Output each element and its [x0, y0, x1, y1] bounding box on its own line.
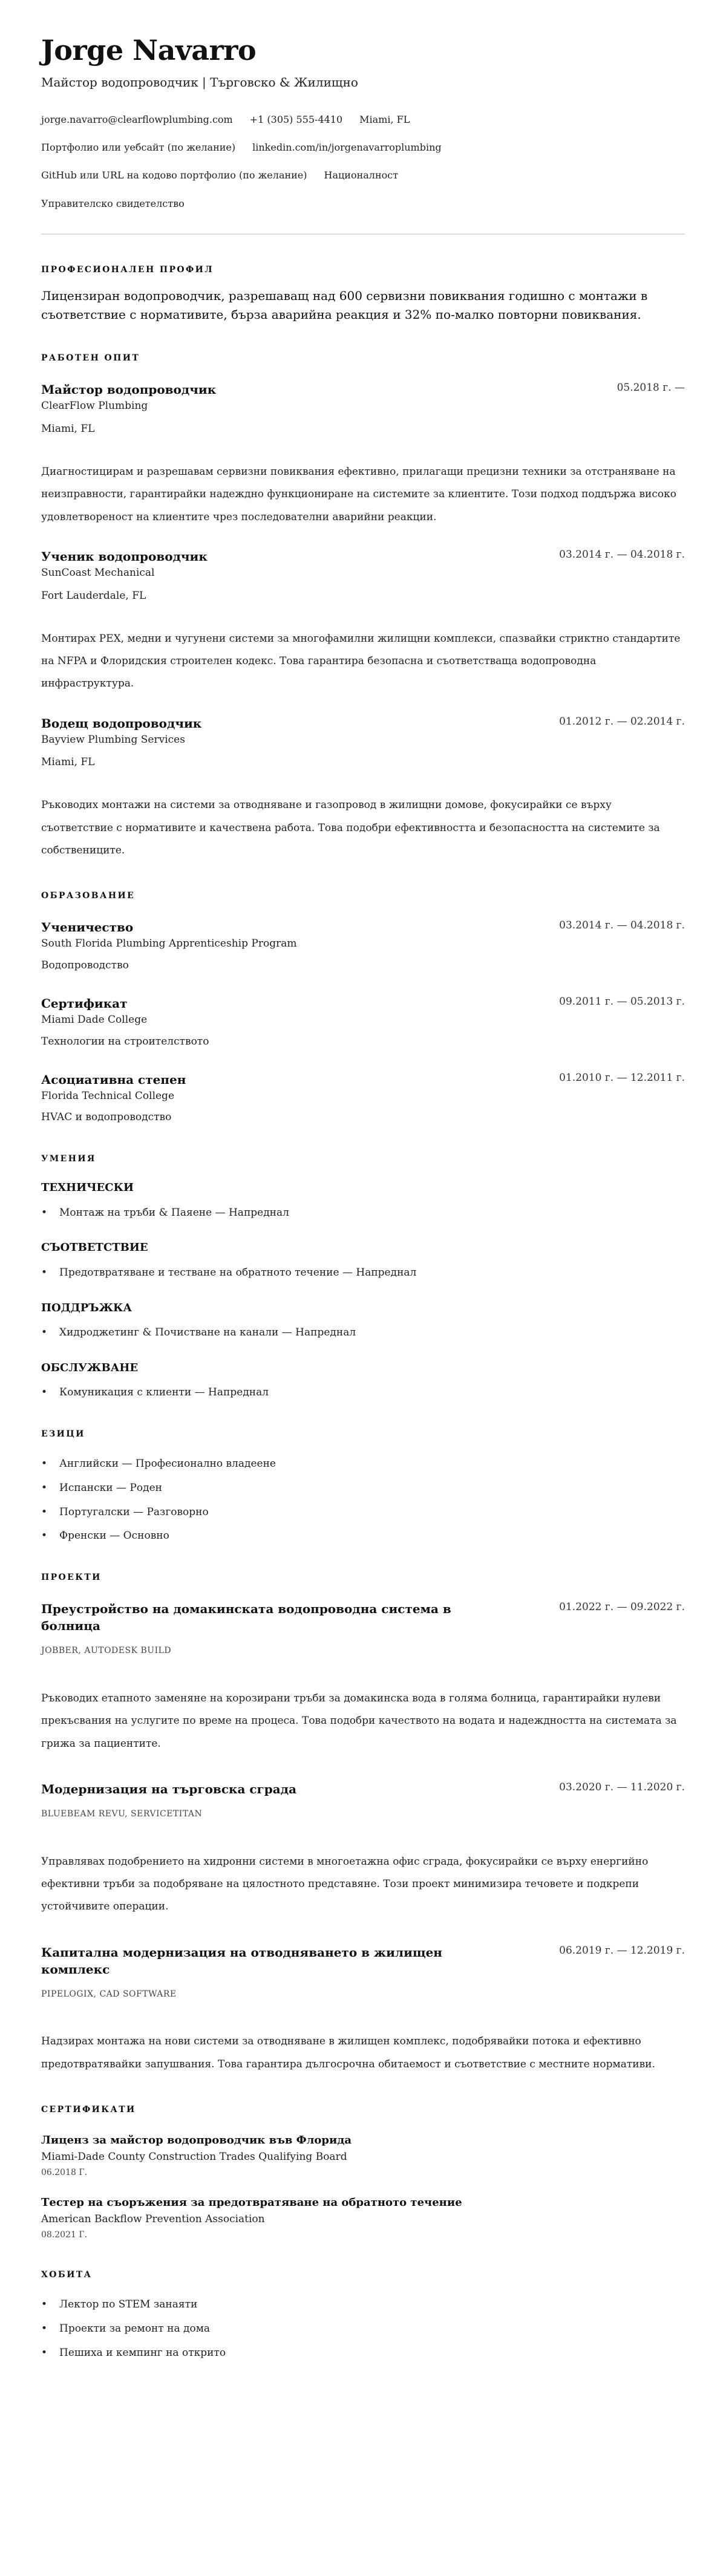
job-title: Водещ водопроводчик [41, 715, 201, 732]
job-location: Miami, FL [41, 422, 685, 437]
job-dates: 05.2018 г. — [611, 381, 685, 396]
contact-item: Miami, FL [359, 114, 410, 125]
language-item: Испански — Роден [41, 1481, 685, 1496]
job-description: Диагностицирам и разрешавам сервизни пов… [41, 461, 685, 529]
degree-title: Асоциативна степен [41, 1071, 186, 1088]
skill-list: Хидроджетинг & Почистване на канали — На… [41, 1326, 685, 1340]
language-item: Английски — Професионално владеене [41, 1457, 685, 1472]
project-description: Управлявах подобрението на хидронни сист… [41, 1851, 685, 1919]
skill-list: Предотвратяване и тестване на обратното … [41, 1266, 685, 1280]
skill-list: Комуникация с клиенти — Напреднал [41, 1386, 685, 1400]
skill-item: Монтаж на тръби & Паяене — Напреднал [41, 1206, 685, 1221]
entry-header: Ученик водопроводчик03.2014 г. — 04.2018… [41, 548, 685, 565]
certificate-title: Лиценз за майстор водопроводчик във Флор… [41, 2133, 685, 2148]
entry-header: Преустройство на домакинската водопровод… [41, 1600, 685, 1634]
section-heading-education: Образование [41, 891, 685, 901]
hobby-item: Проекти за ремонт на дома [41, 2322, 685, 2336]
project-title: Преустройство на домакинската водопровод… [41, 1600, 501, 1634]
skill-list: Монтаж на тръби & Паяене — Напреднал [41, 1206, 685, 1221]
project-tools: Jobber, Autodesk Build [41, 1645, 685, 1657]
education-entry: Ученичество03.2014 г. — 04.2018 г.South … [41, 919, 685, 973]
skills-section: Умения ТехническиМонтаж на тръби & Паяен… [41, 1154, 685, 1400]
projects-list: Преустройство на домакинската водопровод… [41, 1600, 685, 2076]
certificate-issuer: Miami-Dade County Construction Trades Qu… [41, 2150, 685, 2165]
contact-item: GitHub или URL на кодово портфолио (по ж… [41, 169, 307, 181]
job-description: Ръководих монтажи на системи за отводняв… [41, 794, 685, 862]
job-title: Ученик водопроводчик [41, 548, 208, 565]
education-list: Ученичество03.2014 г. — 04.2018 г.South … [41, 919, 685, 1125]
contact-item: jorge.navarro@clearflowplumbing.com [41, 114, 233, 125]
contact-item: Управителско свидетелство [41, 198, 185, 209]
contact-item: Националност [324, 169, 399, 181]
entry-header: Водещ водопроводчик01.2012 г. — 02.2014 … [41, 715, 685, 732]
language-item: Португалски — Разговорно [41, 1505, 685, 1520]
field-of-study: Водопроводство [41, 959, 685, 973]
section-heading-profile: Професионален профил [41, 265, 685, 275]
project-tools: Bluebeam Revu, ServiceTitan [41, 1808, 685, 1821]
experience-entry: Майстор водопроводчик05.2018 г. —ClearFl… [41, 381, 685, 529]
project-title: Капитална модернизация на отводняването … [41, 1944, 501, 1978]
hobby-item: Пешиха и кемпинг на открито [41, 2346, 685, 2361]
contact-item: Портфолио или уебсайт (по желание) [41, 142, 235, 153]
profile-summary: Лицензиран водопроводчик, разрешаващ над… [41, 287, 685, 324]
resume-header: Jorge Navarro Майстор водопроводчик | Тъ… [41, 35, 685, 210]
certificate-entry: Лиценз за майстор водопроводчик във Флор… [41, 2133, 685, 2179]
header-divider [41, 233, 685, 235]
section-heading-certificates: Сертификати [41, 2105, 685, 2115]
section-heading-experience: Работен опит [41, 353, 685, 363]
certificates-section: Сертификати Лиценз за майстор водопровод… [41, 2105, 685, 2241]
entry-header: Ученичество03.2014 г. — 04.2018 г. [41, 919, 685, 936]
skill-item: Комуникация с клиенти — Напреднал [41, 1386, 685, 1400]
profile-section: Професионален профил Лицензиран водопров… [41, 265, 685, 324]
company-name: Bayview Plumbing Services [41, 733, 685, 748]
project-description: Ръководих етапното заменяне на корозиран… [41, 1687, 685, 1755]
experience-section: Работен опит Майстор водопроводчик05.201… [41, 353, 685, 862]
hobbies-section: Хобита Лектор по STEM занаятиПроекти за … [41, 2270, 685, 2360]
education-dates: 01.2010 г. — 12.2011 г. [553, 1071, 685, 1086]
certificate-title: Тестер на съоръжения за предотвратяване … [41, 2195, 685, 2210]
school-name: South Florida Plumbing Apprenticeship Pr… [41, 937, 685, 951]
entry-header: Майстор водопроводчик05.2018 г. — [41, 381, 685, 398]
education-entry: Сертификат09.2011 г. — 05.2013 г.Miami D… [41, 995, 685, 1049]
section-heading-skills: Умения [41, 1154, 685, 1164]
contact-item: linkedin.com/in/jorgenavarroplumbing [252, 142, 441, 153]
job-description: Монтирах PEX, медни и чугунени системи з… [41, 628, 685, 696]
project-entry: Капитална модернизация на отводняването … [41, 1944, 685, 2076]
certificate-issuer: American Backflow Prevention Association [41, 2212, 685, 2227]
skill-item: Предотвратяване и тестване на обратното … [41, 1266, 685, 1280]
entry-header: Сертификат09.2011 г. — 05.2013 г. [41, 995, 685, 1012]
project-dates: 06.2019 г. — 12.2019 г. [553, 1944, 685, 1958]
language-item: Френски — Основно [41, 1529, 685, 1544]
section-heading-languages: Езици [41, 1429, 685, 1439]
candidate-name: Jorge Navarro [41, 35, 685, 66]
education-dates: 03.2014 г. — 04.2018 г. [553, 919, 685, 933]
experience-list: Майстор водопроводчик05.2018 г. —ClearFl… [41, 381, 685, 862]
languages-section: Езици Английски — Професионално владеене… [41, 1429, 685, 1544]
school-name: Florida Technical College [41, 1089, 685, 1104]
hobby-item: Лектор по STEM занаяти [41, 2298, 685, 2312]
contact-row: Портфолио или уебсайт (по желание)linked… [41, 141, 685, 154]
contact-row: Управителско свидетелство [41, 197, 685, 210]
job-dates: 01.2012 г. — 02.2014 г. [553, 715, 685, 729]
certificate-date: 08.2021 г. [41, 2229, 685, 2242]
languages-list: Английски — Професионално владеенеИспанс… [41, 1457, 685, 1544]
certificate-entry: Тестер на съоръжения за предотвратяване … [41, 2195, 685, 2242]
projects-section: Проекти Преустройство на домакинската во… [41, 1573, 685, 2076]
field-of-study: HVAC и водопроводство [41, 1110, 685, 1125]
contact-row: jorge.navarro@clearflowplumbing.com+1 (3… [41, 113, 685, 126]
job-dates: 03.2014 г. — 04.2018 г. [553, 548, 685, 562]
project-dates: 01.2022 г. — 09.2022 г. [553, 1600, 685, 1615]
experience-entry: Ученик водопроводчик03.2014 г. — 04.2018… [41, 548, 685, 696]
certificate-date: 06.2018 г. [41, 2167, 685, 2179]
candidate-title: Майстор водопроводчик | Търговско & Жили… [41, 74, 685, 90]
company-name: SunCoast Mechanical [41, 566, 685, 581]
skill-item: Хидроджетинг & Почистване на канали — На… [41, 1326, 685, 1340]
field-of-study: Технологии на строителството [41, 1035, 685, 1049]
project-description: Надзирах монтажа на нови системи за отво… [41, 2030, 685, 2076]
section-heading-projects: Проекти [41, 1573, 685, 1582]
section-heading-hobbies: Хобита [41, 2270, 685, 2280]
contact-block: jorge.navarro@clearflowplumbing.com+1 (3… [41, 113, 685, 211]
resume-page: Jorge Navarro Майстор водопроводчик | Тъ… [0, 0, 726, 2409]
contact-item: +1 (305) 555-4410 [250, 114, 342, 125]
job-location: Miami, FL [41, 755, 685, 770]
education-section: Образование Ученичество03.2014 г. — 04.2… [41, 891, 685, 1125]
company-name: ClearFlow Plumbing [41, 399, 685, 414]
school-name: Miami Dade College [41, 1013, 685, 1028]
job-location: Fort Lauderdale, FL [41, 589, 685, 604]
project-title: Модернизация на търговска сграда [41, 1781, 296, 1798]
job-title: Майстор водопроводчик [41, 381, 216, 398]
project-dates: 03.2020 г. — 11.2020 г. [553, 1781, 685, 1795]
entry-header: Модернизация на търговска сграда03.2020 … [41, 1781, 685, 1798]
project-entry: Модернизация на търговска сграда03.2020 … [41, 1781, 685, 1919]
education-dates: 09.2011 г. — 05.2013 г. [553, 995, 685, 1009]
entry-header: Асоциативна степен01.2010 г. — 12.2011 г… [41, 1071, 685, 1088]
degree-title: Ученичество [41, 919, 133, 936]
skill-category-heading: Поддръжка [41, 1301, 685, 1315]
skill-category-heading: Технически [41, 1181, 685, 1195]
contact-row: GitHub или URL на кодово портфолио (по ж… [41, 169, 685, 182]
education-entry: Асоциативна степен01.2010 г. — 12.2011 г… [41, 1071, 685, 1126]
skills-list: ТехническиМонтаж на тръби & Паяене — Нап… [41, 1181, 685, 1400]
certificates-list: Лиценз за майстор водопроводчик във Флор… [41, 2133, 685, 2241]
experience-entry: Водещ водопроводчик01.2012 г. — 02.2014 … [41, 715, 685, 862]
project-tools: PipeLogix, CAD Software [41, 1989, 685, 2001]
skill-category-heading: Съответствие [41, 1241, 685, 1254]
project-entry: Преустройство на домакинската водопровод… [41, 1600, 685, 1755]
degree-title: Сертификат [41, 995, 128, 1012]
skill-category-heading: Обслужване [41, 1361, 685, 1375]
hobbies-list: Лектор по STEM занаятиПроекти за ремонт … [41, 2298, 685, 2360]
entry-header: Капитална модернизация на отводняването … [41, 1944, 685, 1978]
